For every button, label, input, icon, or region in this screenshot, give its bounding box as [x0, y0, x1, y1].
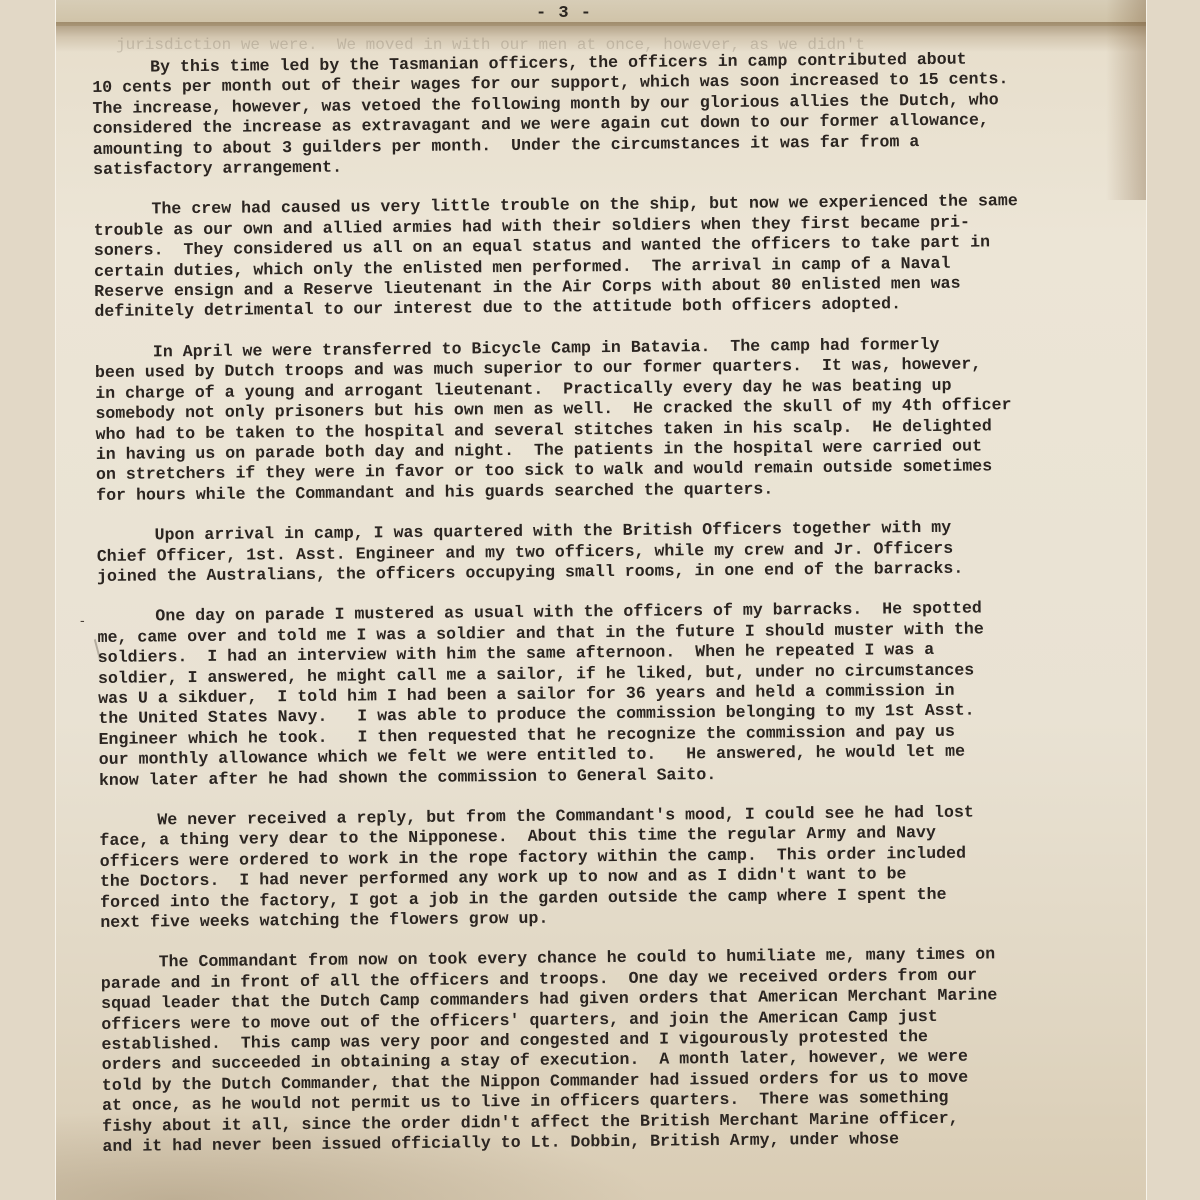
- paragraph-quartered: Upon arrival in camp, I was quartered wi…: [96, 516, 1137, 587]
- paragraph-parade: One day on parade I mustered as usual wi…: [97, 597, 1139, 791]
- document-body: By this time led by the Tasmanian office…: [92, 48, 1143, 1177]
- paragraph-crew-trouble: The crew had caused us very little troub…: [93, 190, 1134, 322]
- paragraph-bicycle-camp: In April we were transferred to Bicycle …: [95, 333, 1137, 506]
- paragraph-no-reply: We never received a reply, but from the …: [99, 801, 1140, 933]
- page-number: - 3 -: [536, 4, 592, 23]
- margin-dot-mark: -: [80, 612, 85, 628]
- paragraph-humiliate: The Commandant from now on took every ch…: [101, 943, 1143, 1157]
- typewritten-page-photo: - 3 - jurisdiction we were. We moved in …: [55, 0, 1147, 1200]
- paragraph-allowance: By this time led by the Tasmanian office…: [92, 48, 1133, 180]
- photo-frame: - 3 - jurisdiction we were. We moved in …: [0, 0, 1200, 1200]
